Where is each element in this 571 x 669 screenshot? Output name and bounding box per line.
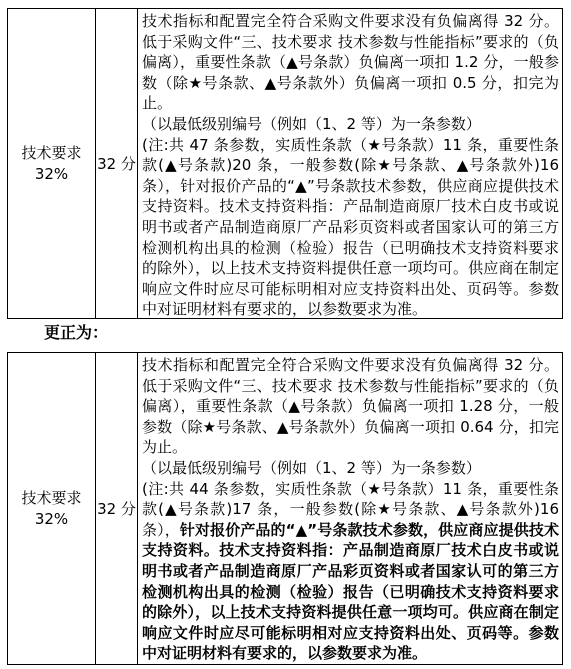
desc-paragraph-2: （以最低级别编号（例如（1、2 等）为一条参数） [142, 458, 559, 479]
criteria-title: 技术要求 [21, 488, 81, 509]
desc-paragraph-3-bold: 针对报价产品的“▲”号条款技术参数，供应商应提供技术支持资料。技术支持资料指：产… [142, 521, 559, 663]
desc-paragraph-1: 技术指标和配置完全符合采购文件要求没有负偏离得 32 分。低于采购文件“三、技术… [142, 11, 559, 114]
criteria-percent: 32% [35, 509, 68, 530]
original-score-table: 技术要求 32% 32 分 技术指标和配置完全符合采购文件要求没有负偏离得 32… [7, 8, 563, 319]
corrected-score-table: 技术要求 32% 32 分 技术指标和配置完全符合采购文件要求没有负偏离得 32… [7, 352, 563, 665]
score-value: 32 分 [97, 498, 136, 519]
score-cell: 32 分 [96, 353, 138, 664]
criteria-cell: 技术要求 32% [8, 9, 96, 318]
desc-paragraph-3: (注:共 44 条参数，实质性条款（★号条款）11 条，重要性条款(▲号条款)1… [142, 479, 559, 664]
correction-label: 更正为： [44, 321, 108, 345]
score-value: 32 分 [97, 153, 136, 174]
criteria-percent: 32% [35, 164, 68, 185]
description-cell: 技术指标和配置完全符合采购文件要求没有负偏离得 32 分。低于采购文件“三、技术… [138, 9, 562, 318]
desc-paragraph-3: (注:共 47 条参数，实质性条款（★号条款）11 条，重要性条款(▲号条款)2… [142, 135, 559, 318]
description-cell: 技术指标和配置完全符合采购文件要求没有负偏离得 32 分。低于采购文件“三、技术… [138, 353, 562, 664]
criteria-title: 技术要求 [21, 143, 81, 164]
desc-paragraph-1: 技术指标和配置完全符合采购文件要求没有负偏离得 32 分。低于采购文件“三、技术… [142, 355, 559, 458]
criteria-cell: 技术要求 32% [8, 353, 96, 664]
desc-paragraph-2: （以最低级别编号（例如（1、2 等）为一条参数） [142, 114, 559, 135]
score-cell: 32 分 [96, 9, 138, 318]
